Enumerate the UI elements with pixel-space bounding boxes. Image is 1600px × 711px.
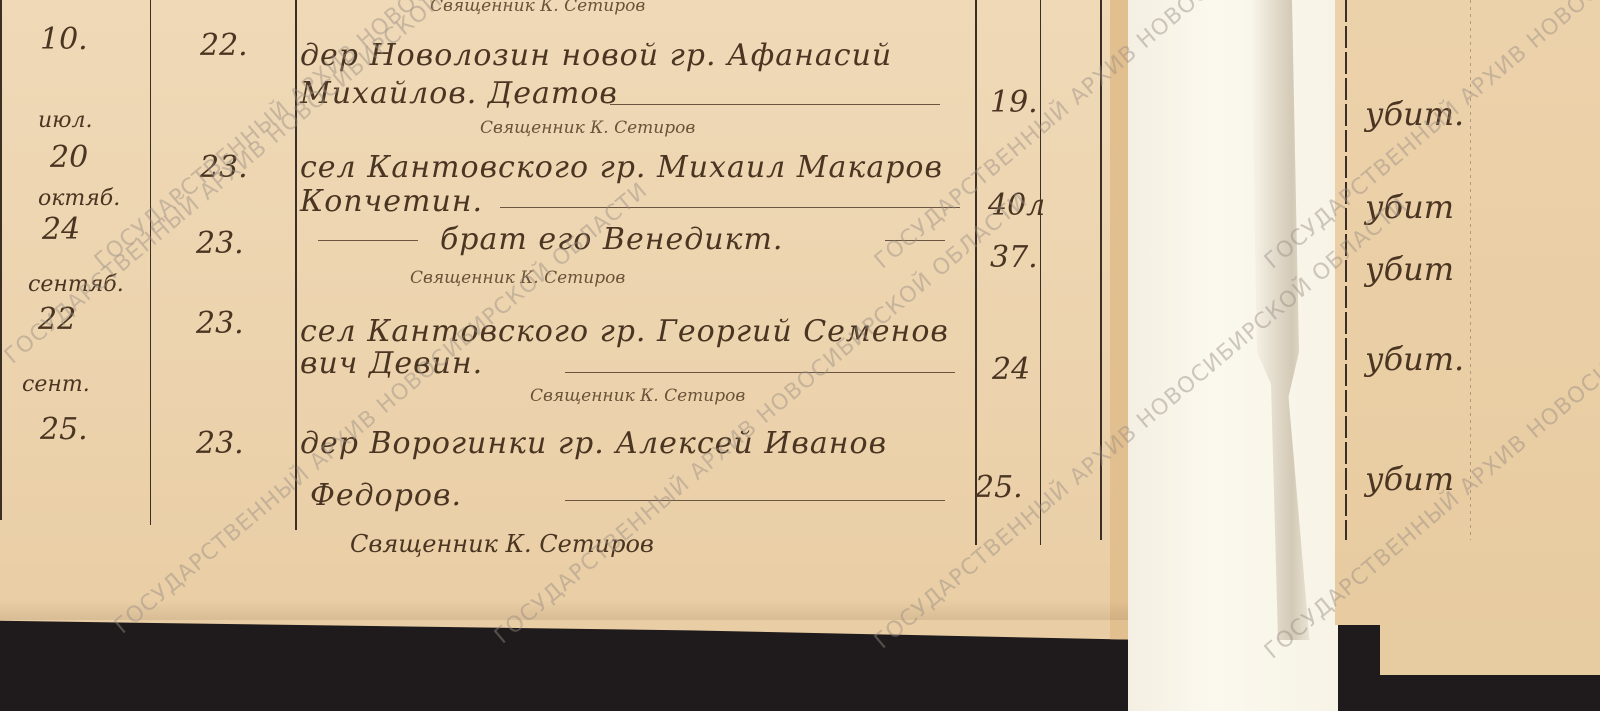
entry-signature: Священник К. Сетиров <box>350 530 654 558</box>
signature-top: Священник К. Сетиров <box>430 0 645 16</box>
entry-signature: Священник К. Сетиров <box>410 268 625 288</box>
column-rule-entry <box>975 0 977 545</box>
entry-fate: убит. <box>1365 340 1464 378</box>
entry-month: июл. <box>38 108 93 133</box>
entry-number: 22. <box>200 28 248 63</box>
entry-line-2: Федоров. <box>310 478 462 513</box>
entry-number: 23. <box>196 226 244 261</box>
entry-line-2: Михайлов. Деатов <box>300 76 618 111</box>
column-rule-date <box>150 0 151 525</box>
entry-signature: Священник К. Сетиров <box>530 386 745 406</box>
entry-age: 37. <box>990 240 1038 275</box>
adjacent-page-lower <box>1380 620 1600 675</box>
entry-fate: убит. <box>1365 95 1464 133</box>
entry-month: октяб. <box>38 186 120 211</box>
entry-number: 23. <box>200 150 248 185</box>
entry-underline <box>565 500 945 501</box>
entry-dash-right <box>885 240 945 241</box>
entry-fate: убит <box>1365 188 1454 226</box>
entry-day: 10. <box>40 22 88 57</box>
entry-number: 23. <box>196 306 244 341</box>
entry-number: 23. <box>196 426 244 461</box>
entry-day: 20 <box>50 140 88 175</box>
column-rule-dashed <box>1345 0 1347 540</box>
entry-line-1: сел Кантовского гр. Михаил Макаров <box>300 150 943 185</box>
entry-age: 24 <box>992 352 1030 387</box>
entry-line-1: брат его Венедикт. <box>440 222 783 257</box>
entry-underline <box>565 372 955 373</box>
entry-day: 24 <box>42 212 80 247</box>
column-rule-dotted <box>1470 0 1471 540</box>
entry-month: сент. <box>22 372 90 397</box>
paper-strip <box>1128 0 1338 711</box>
entry-fate: убит <box>1365 460 1454 498</box>
column-rule <box>0 0 2 520</box>
column-rule-right <box>1100 0 1102 540</box>
entry-dash-left <box>318 240 418 241</box>
entry-age: 40л <box>988 188 1045 223</box>
column-rule-age <box>1040 0 1041 545</box>
page-bottom-shadow <box>0 600 1150 620</box>
column-rule-number <box>295 0 297 530</box>
entry-age: 19. <box>990 85 1038 120</box>
entry-signature: Священник К. Сетиров <box>480 118 695 138</box>
entry-line-2: вич Девин. <box>300 346 483 381</box>
entry-line-1: дер Новолозин новой гр. Афанасий <box>300 38 892 73</box>
entry-month: сентяб. <box>28 272 124 297</box>
entry-day: 22 <box>38 302 76 337</box>
entry-underline <box>500 207 960 208</box>
entry-age: 25. <box>975 470 1023 505</box>
entry-line-2: Копчетин. <box>300 184 483 219</box>
entry-day: 25. <box>40 412 88 447</box>
adjacent-page <box>1335 0 1600 625</box>
entry-underline <box>610 104 940 105</box>
entry-line-1: сел Кантовского гр. Георгий Семенов <box>300 314 949 349</box>
entry-line-1: дер Ворогинки гр. Алексей Иванов <box>300 426 887 461</box>
entry-fate: убит <box>1365 250 1454 288</box>
